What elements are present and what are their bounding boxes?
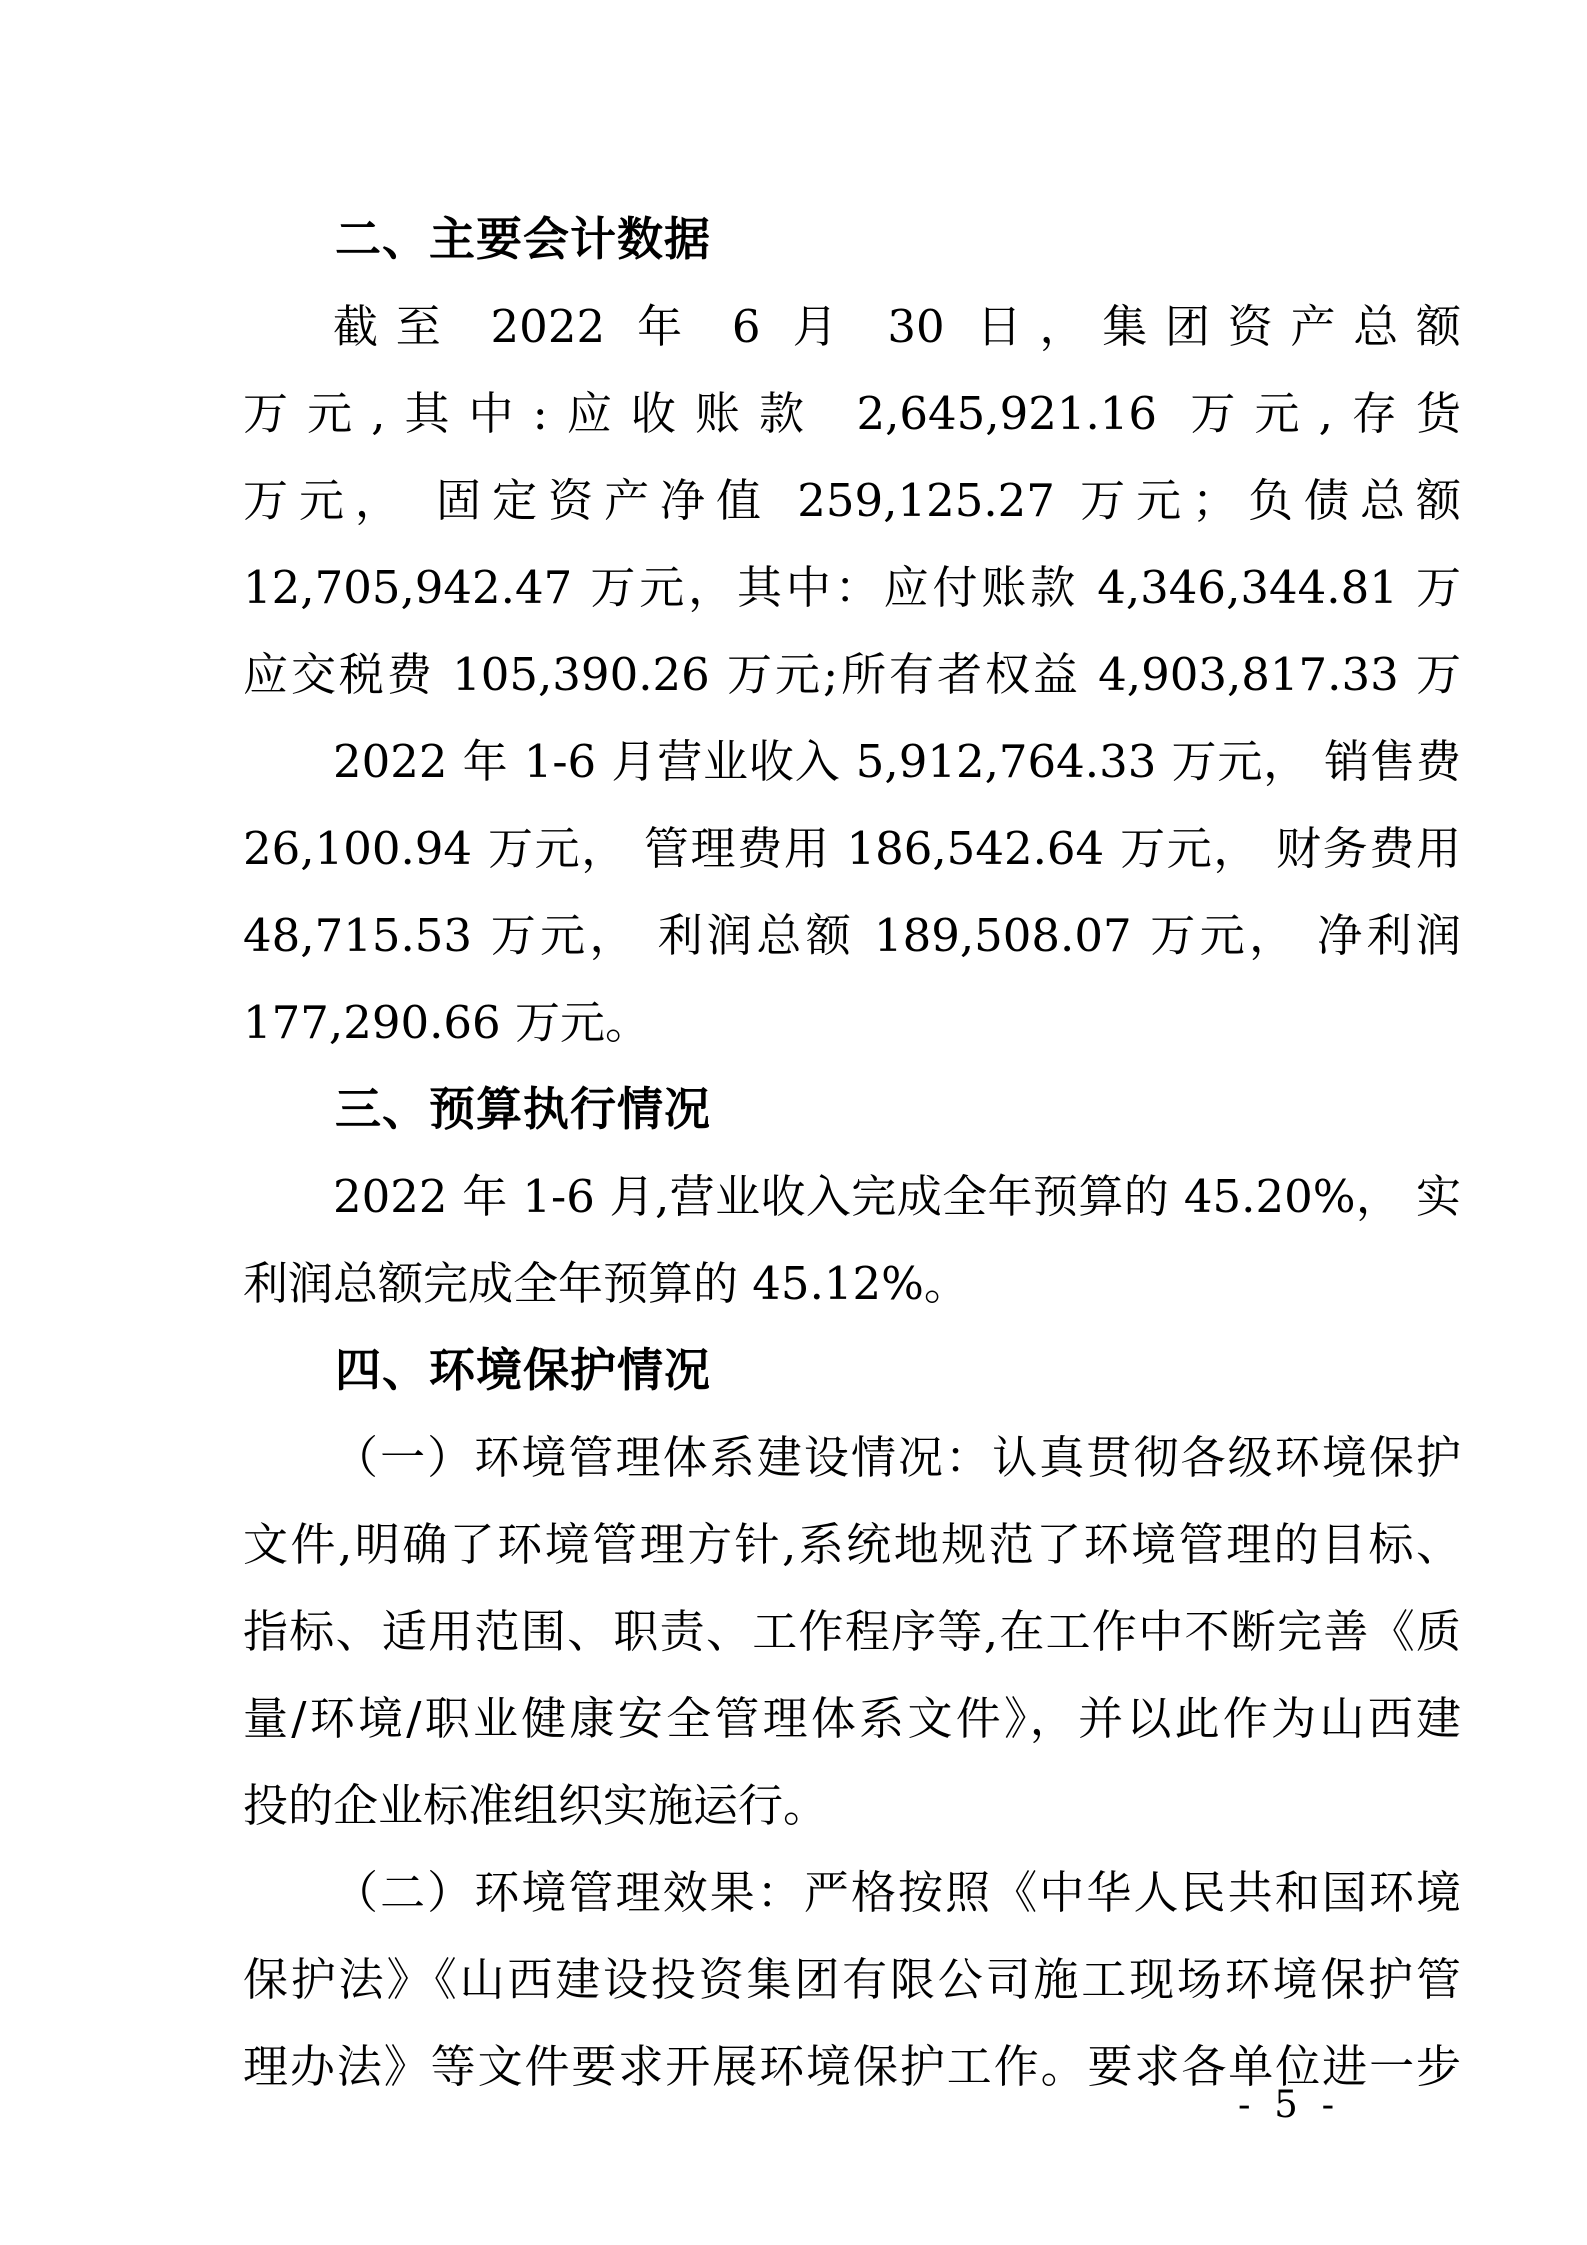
paragraph-line: 截至 2022 年 6 月 30 日，集团资产总额 17,609,759.80 bbox=[243, 283, 1461, 370]
paragraph-line: （二）环境管理效果：严格按照《中华人民共和国环境 bbox=[243, 1849, 1461, 1936]
paragraph-line: 保护法》《山西建设投资集团有限公司施工现场环境保护管 bbox=[243, 1936, 1461, 2023]
paragraph-line: 万元， 固定资产净值 259,125.27 万元；负债总额 bbox=[243, 457, 1461, 544]
paragraph-line: 万元,其中:应收账款 2,645,921.16 万元,存货 2,495,912.… bbox=[243, 370, 1461, 457]
paragraph-line: 12,705,942.47 万元，其中：应付账款 4,346,344.81 万元… bbox=[243, 544, 1461, 631]
paragraph-line: 2022 年 1-6 月,营业收入完成全年预算的 45.20%， 实现 bbox=[243, 1153, 1461, 1240]
page-content: 二、主要会计数据 截至 2022 年 6 月 30 日，集团资产总额 17,60… bbox=[243, 196, 1461, 2110]
paragraph-line: 投的企业标准组织实施运行。 bbox=[243, 1762, 1461, 1849]
paragraph-line: 26,100.94 万元， 管理费用 186,542.64 万元， 财务费用 bbox=[243, 805, 1461, 892]
paragraph-line: （一）环境管理体系建设情况：认真贯彻各级环境保护 bbox=[243, 1414, 1461, 1501]
paragraph-line: 应交税费 105,390.26 万元;所有者权益 4,903,817.33 万元… bbox=[243, 631, 1461, 718]
paragraph-line: 量/环境/职业健康安全管理体系文件》，并以此作为山西建 bbox=[243, 1675, 1461, 1762]
paragraph-line: 利润总额完成全年预算的 45.12%。 bbox=[243, 1240, 1461, 1327]
paragraph-line: 指标、适用范围、职责、工作程序等,在工作中不断完善《质 bbox=[243, 1588, 1461, 1675]
paragraph-line: 177,290.66 万元。 bbox=[243, 979, 1461, 1066]
paragraph-line: 2022 年 1-6 月营业收入 5,912,764.33 万元， 销售费用 bbox=[243, 718, 1461, 805]
page-number: - 5 - bbox=[1238, 2082, 1340, 2127]
document-page: 二、主要会计数据 截至 2022 年 6 月 30 日，集团资产总额 17,60… bbox=[0, 0, 1587, 2245]
section-heading-budget: 三、预算执行情况 bbox=[243, 1066, 1461, 1153]
paragraph-line: 文件,明确了环境管理方针,系统地规范了环境管理的目标、 bbox=[243, 1501, 1461, 1588]
section-heading-accounting: 二、主要会计数据 bbox=[243, 196, 1461, 283]
paragraph-line: 48,715.53 万元， 利润总额 189,508.07 万元， 净利润 bbox=[243, 892, 1461, 979]
section-heading-environment: 四、环境保护情况 bbox=[243, 1327, 1461, 1414]
